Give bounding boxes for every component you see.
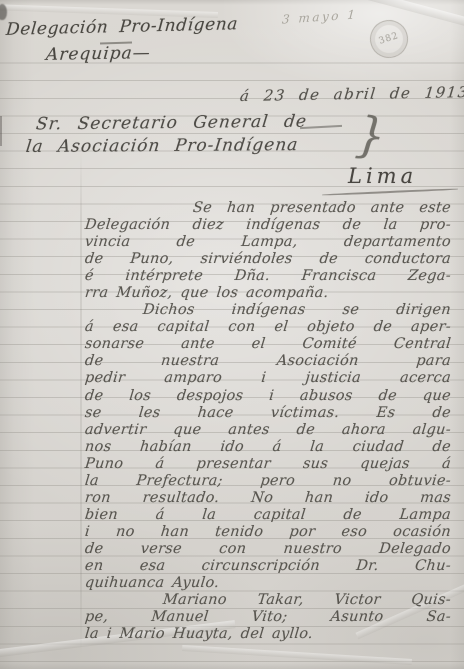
manuscript-line: se les hace víctimas. Es de	[84, 405, 452, 422]
date-line: á 23 de abril de 1913.	[239, 83, 464, 105]
place-underline-stroke	[322, 188, 458, 195]
manuscript-line: de verse con nuestro Delegado	[84, 541, 452, 558]
manuscript-line: ron resultado. No han ido mas	[84, 490, 452, 507]
manuscript-line: vincia de Lampa, departamento	[84, 234, 452, 251]
brace-flourish: }	[353, 105, 388, 164]
manuscript-line: i no han tenido por eso ocasión	[84, 524, 452, 541]
manuscript-line: en esa circunscripción Dr. Chu-	[84, 558, 452, 575]
manuscript-line: Delegación diez indígenas de la pro-	[84, 217, 452, 234]
manuscript-line: quihuanca Ayulo.	[84, 575, 452, 592]
vertical-fold-line	[80, 150, 82, 655]
manuscript-line: rra Muñoz, que los acompaña.	[84, 285, 452, 302]
recipient-line-2: la Asociación Pro-Indígena	[25, 135, 300, 157]
manuscript-line: Se han presentado ante este	[84, 200, 452, 217]
scan-edge-artifact	[0, 4, 7, 20]
place-name: Lima	[348, 164, 417, 188]
crease-mark	[182, 645, 412, 665]
manuscript-line: la Prefectura; pero no obtuvie-	[84, 473, 452, 490]
letter-page: Delegación Pro-Indígena Arequipa— 3 mayo…	[0, 0, 464, 669]
manuscript-line: de Puno, sirviéndoles de conductora	[84, 251, 452, 268]
manuscript-line: é intérprete Dña. Francisca Zega-	[84, 268, 452, 285]
manuscript-line: de nuestra Asociación para	[84, 353, 452, 370]
recipient-line-1: Sr. Secretario General de	[35, 112, 308, 135]
stamp-number: 382	[378, 31, 400, 47]
manuscript-line: á esa capital con el objeto de aper-	[84, 319, 452, 336]
manuscript-line: Mariano Takar, Victor Quis-	[84, 592, 452, 609]
letterhead-city: Arequipa—	[45, 43, 151, 65]
letter-body: Se han presentado ante esteDelegación di…	[84, 200, 450, 643]
manuscript-line: Puno á presentar sus quejas á	[84, 456, 452, 473]
manuscript-line: nos habían ido á la ciudad de	[84, 439, 452, 456]
manuscript-line: Dichos indígenas se dirigen	[84, 302, 452, 319]
manuscript-line: la i Mario Huayta, del ayllo.	[84, 626, 452, 643]
postal-stamp-icon: 382	[365, 15, 413, 63]
manuscript-line: de los despojos i abusos de que	[84, 388, 452, 405]
manuscript-line: pe, Manuel Vito; Asunto Sa-	[84, 609, 452, 626]
letterhead-organization: Delegación Pro-Indígena	[5, 14, 239, 40]
manuscript-line: pedir amparo i justicia acerca	[84, 370, 452, 387]
scan-edge-artifact	[0, 116, 2, 146]
pencil-note: 3 mayo 1	[282, 7, 358, 26]
manuscript-line: bien á la capital de Lampa	[84, 507, 452, 524]
manuscript-line: sonarse ante el Comité Central	[84, 336, 452, 353]
manuscript-line: advertir que antes de ahora algu-	[84, 422, 452, 439]
